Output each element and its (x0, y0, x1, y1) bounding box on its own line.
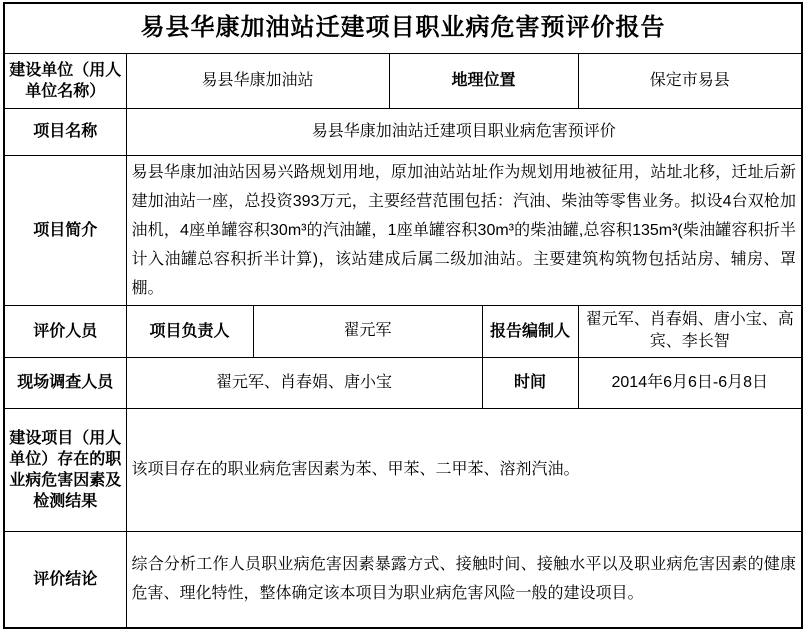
project-name-value: 易县华康加油站迁建项目职业病危害预评价 (126, 108, 802, 155)
project-leader-value: 翟元军 (253, 305, 482, 357)
report-compilers-value: 翟元军、肖春娟、唐小宝、高宾、李长智 (578, 305, 802, 357)
location-label: 地理位置 (389, 53, 578, 108)
survey-time-label: 时间 (482, 357, 578, 408)
project-brief-value: 易县华康加油站因易兴路规划用地，原加油站站址作为规划用地被征用，站址北移，迁址后… (126, 155, 802, 305)
conclusion-value: 综合分析工作人员职业病危害因素暴露方式、接触时间、接触水平以及职业病危害因素的健… (126, 531, 802, 628)
conclusion-label: 评价结论 (4, 531, 126, 628)
project-name-label: 项目名称 (4, 108, 126, 155)
construction-unit-label: 建设单位（用人单位名称） (4, 53, 126, 108)
report-cover-table: 易县华康加油站迁建项目职业病危害预评价报告 建设单位（用人单位名称） 易县华康加… (3, 2, 803, 629)
project-leader-label: 项目负责人 (126, 305, 253, 357)
hazard-factors-label: 建设项目（用人单位）存在的职业病危害因素及检测结果 (4, 408, 126, 531)
location-value: 保定市易县 (578, 53, 802, 108)
hazard-factors-value: 该项目存在的职业病危害因素为苯、甲苯、二甲苯、溶剂汽油。 (126, 408, 802, 531)
site-survey-label: 现场调查人员 (4, 357, 126, 408)
evaluators-label: 评价人员 (4, 305, 126, 357)
page-title: 易县华康加油站迁建项目职业病危害预评价报告 (4, 3, 802, 53)
survey-time-value: 2014年6月6日-6月8日 (578, 357, 802, 408)
construction-unit-value: 易县华康加油站 (126, 53, 389, 108)
report-compilers-label: 报告编制人 (482, 305, 578, 357)
site-survey-value: 翟元军、肖春娟、唐小宝 (126, 357, 482, 408)
project-brief-label: 项目简介 (4, 155, 126, 305)
